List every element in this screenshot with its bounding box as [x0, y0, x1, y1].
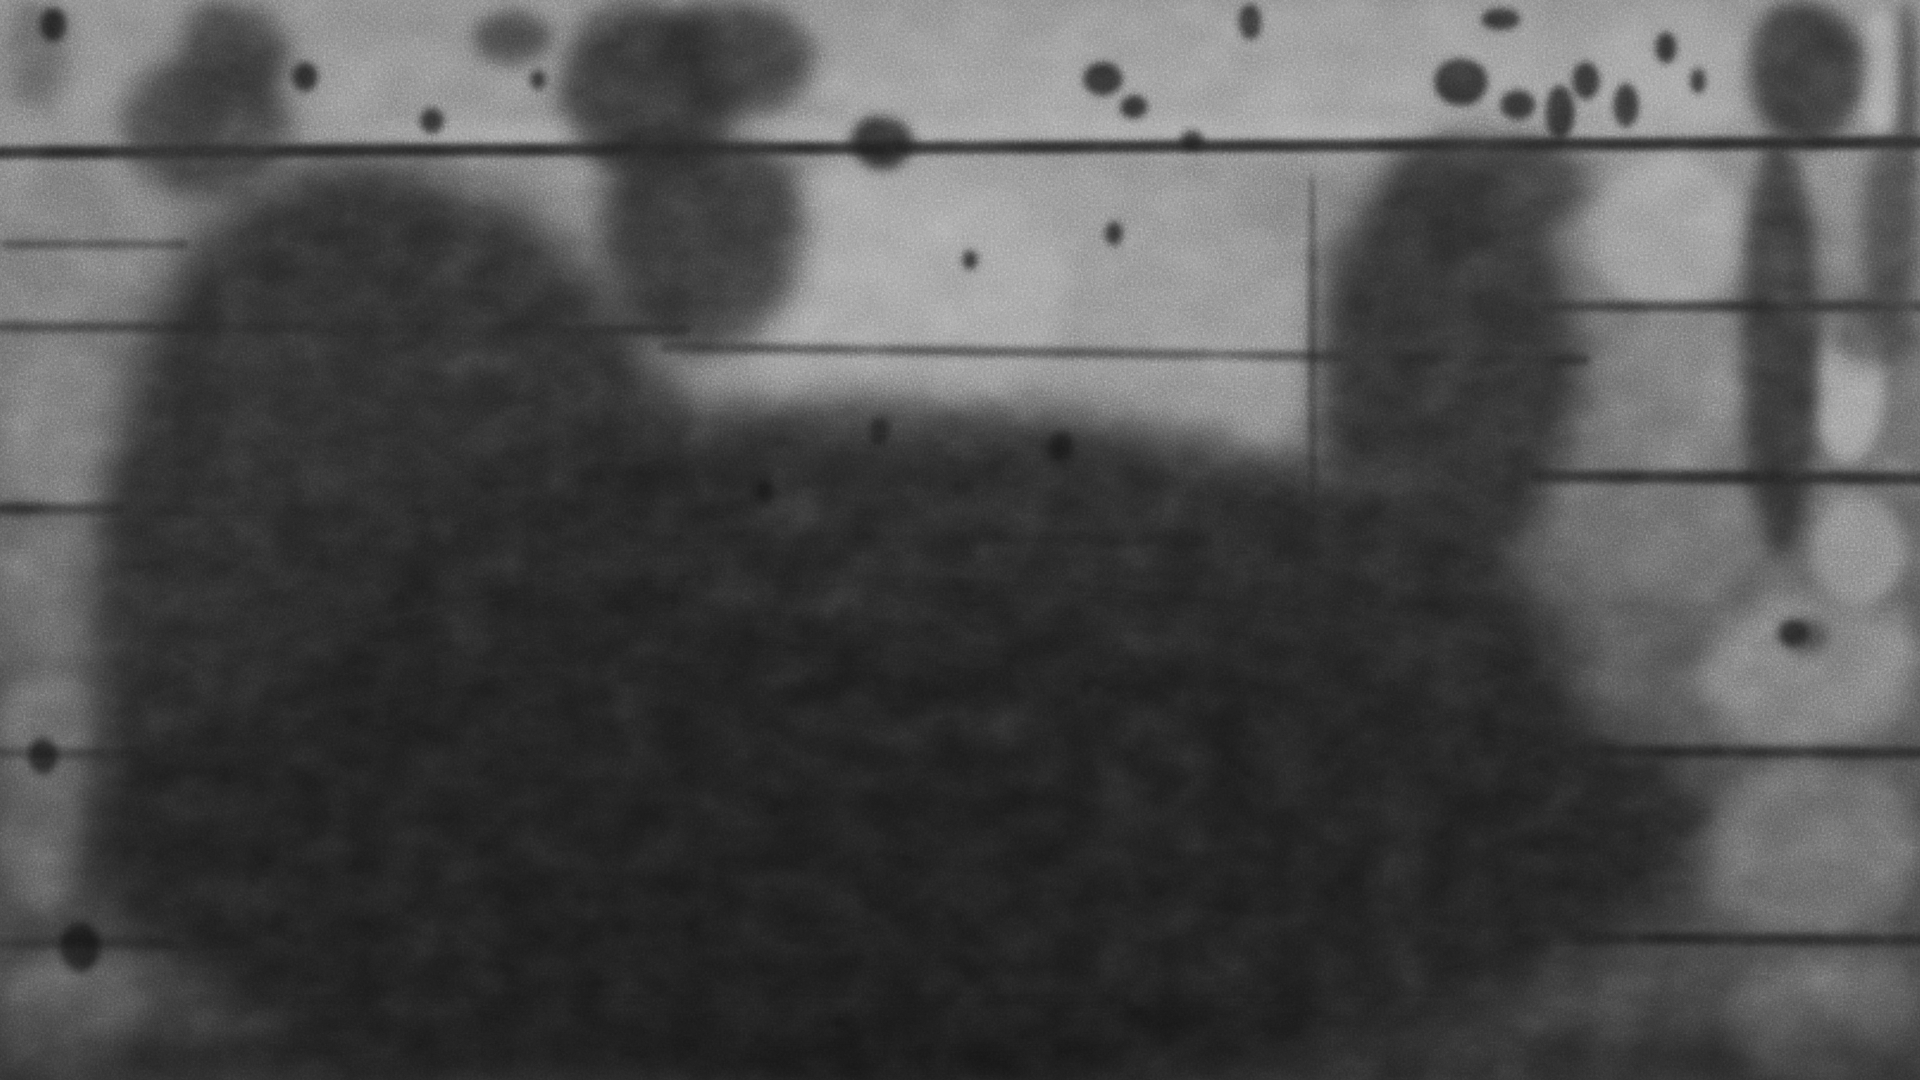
wall-photograph: [0, 0, 1920, 1080]
vignette-overlay: [0, 0, 1920, 1080]
